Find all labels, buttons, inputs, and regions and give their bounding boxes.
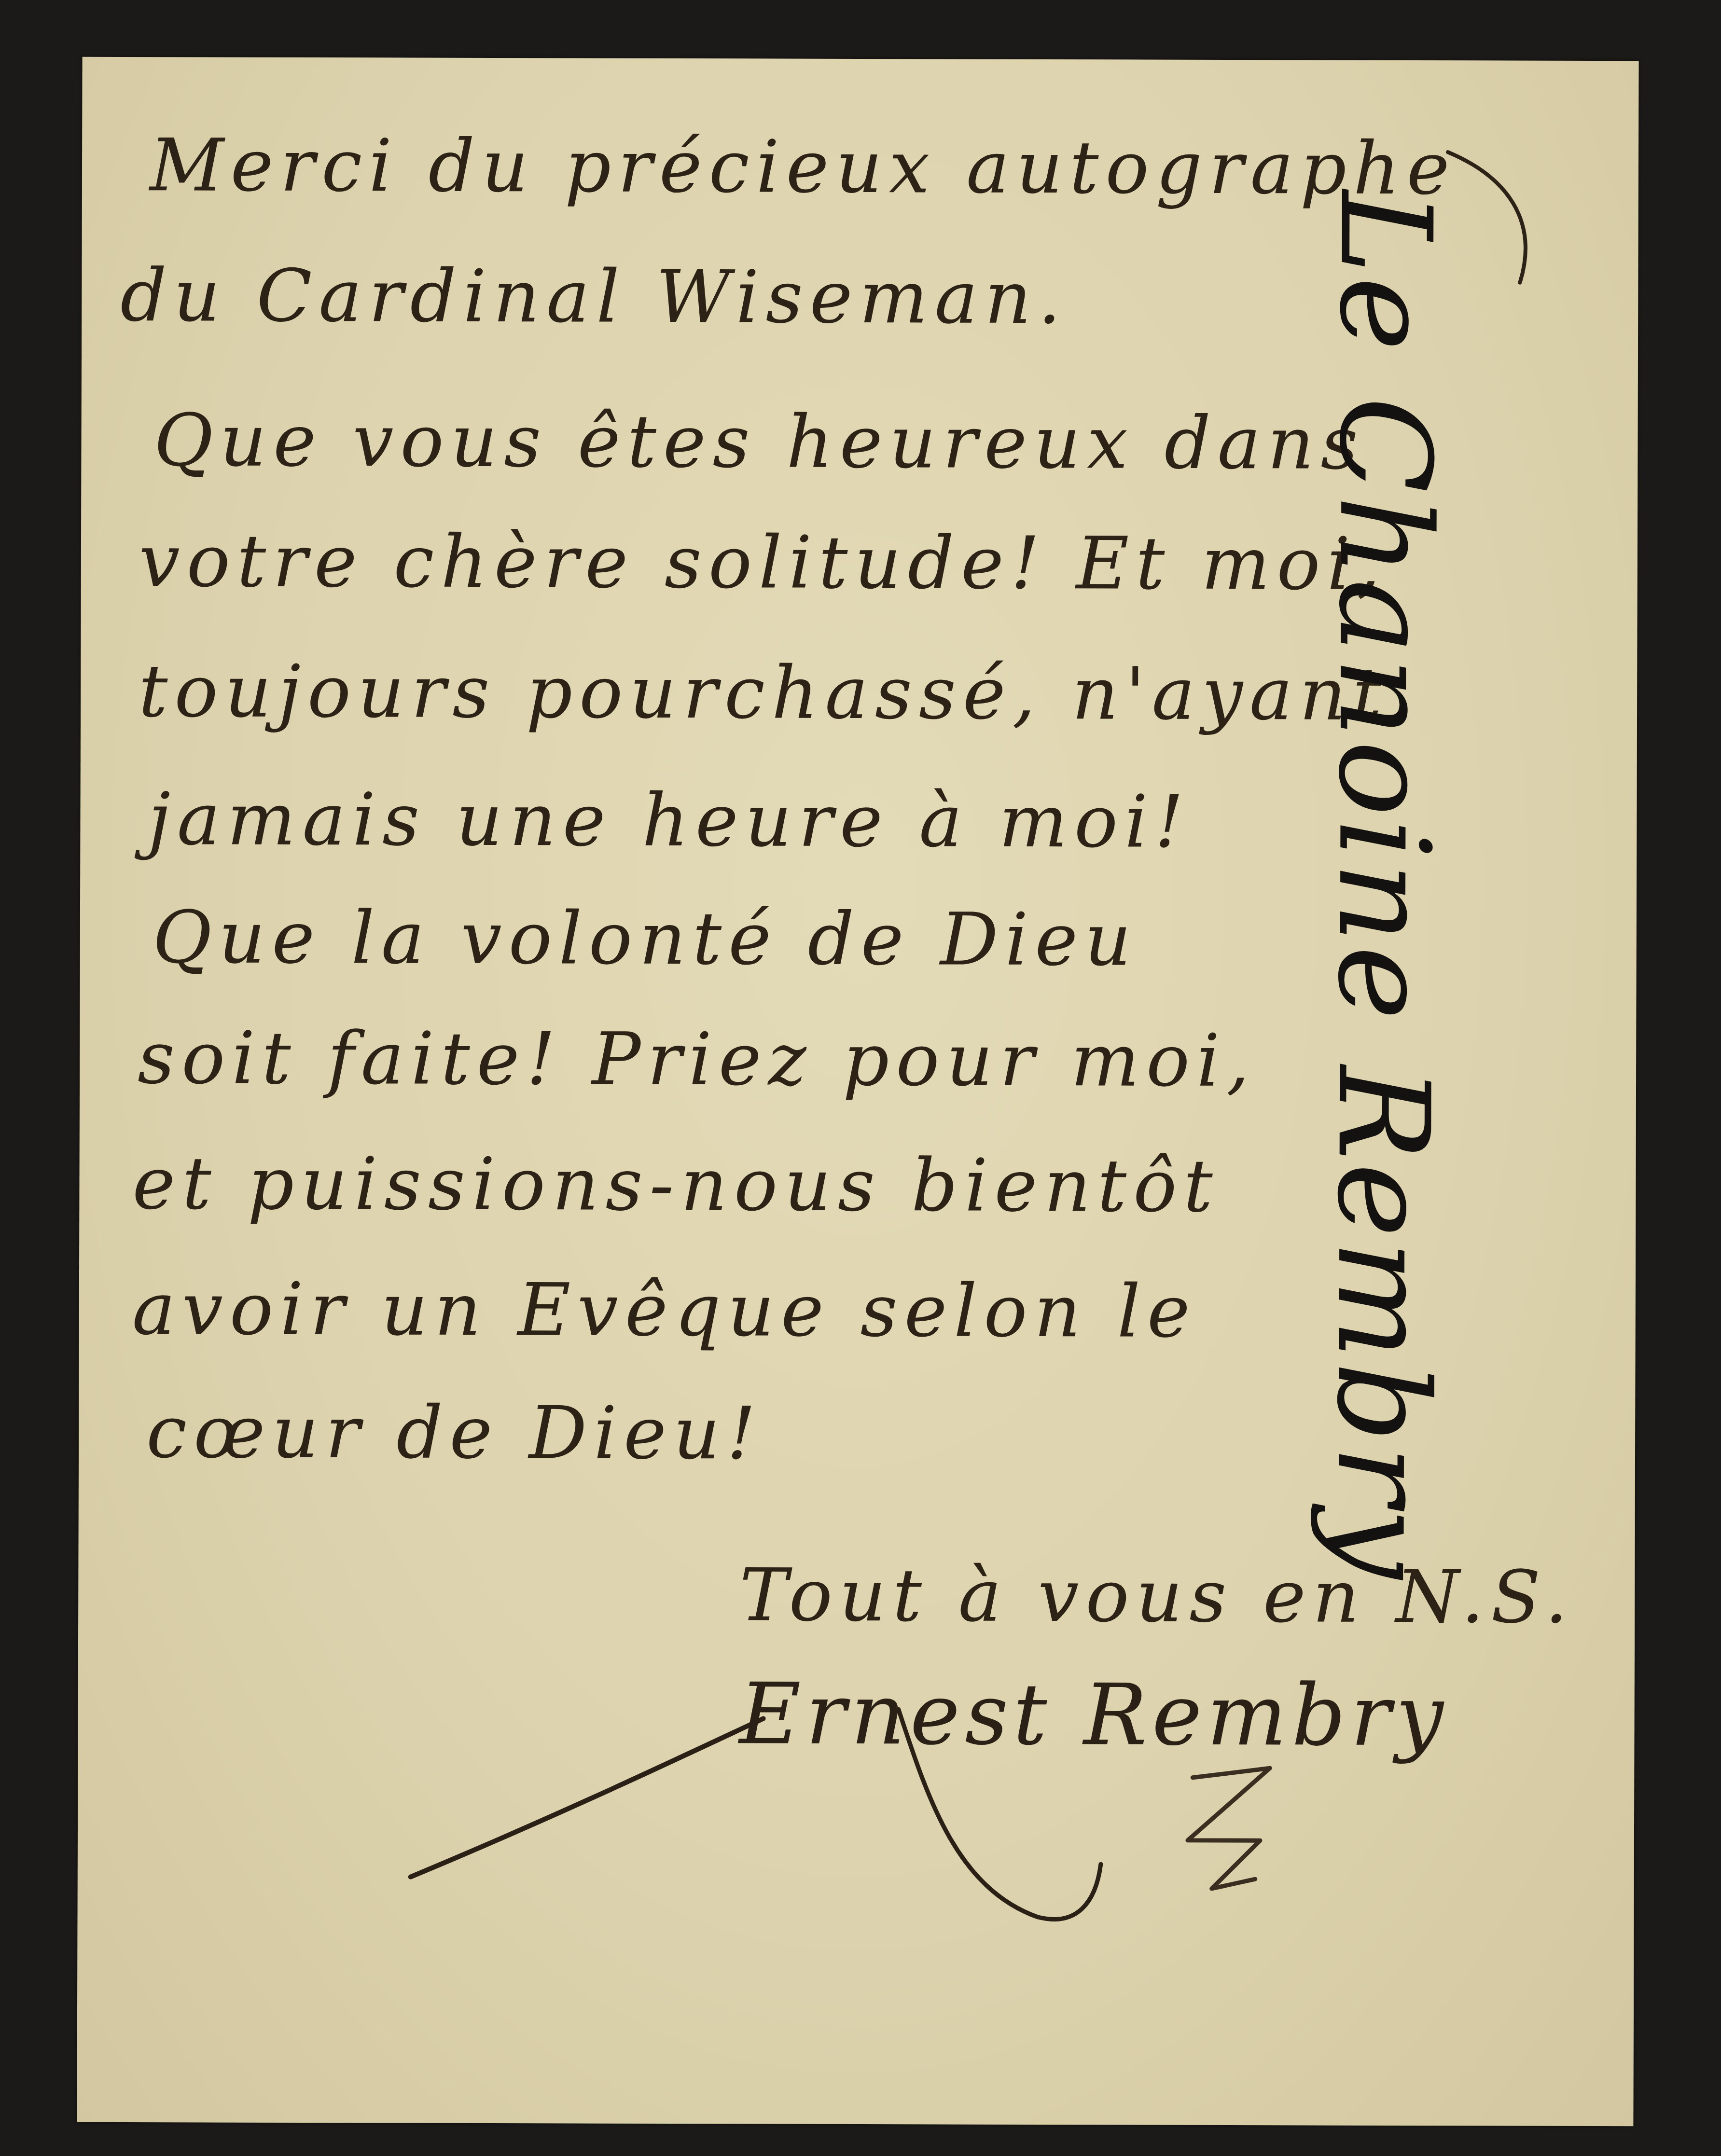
letter-card: Merci du précieux autographe du Cardinal… [77, 57, 1638, 2126]
printed-name-vertical: Le Chanoine Rembry [1319, 191, 1448, 1582]
